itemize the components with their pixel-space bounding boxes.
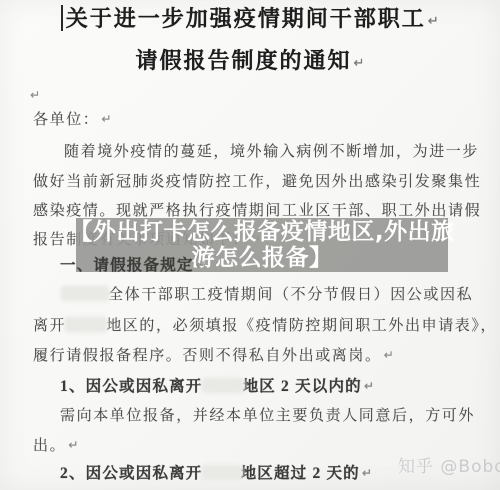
document-title-line-2: 请假报告制度的通知↵ xyxy=(0,44,500,75)
caption-overlay-line-2: 游怎么报备】 xyxy=(192,245,333,271)
zhihu-watermark: 知乎 @Bobo xyxy=(398,452,500,477)
line-text: 出。 xyxy=(33,438,66,454)
line-text: 1、因公或因私离开 xyxy=(60,378,203,395)
document-line: 1、因公或因私离开地区 2 天以内的↵ xyxy=(60,374,374,396)
paragraph-mark: ↵ xyxy=(30,88,40,102)
line-text: 地区的，必须填报《疫情防控期间职工外出申请表》， xyxy=(106,318,497,334)
title-text-2: 请假报告制度的通知 xyxy=(136,48,352,73)
document-title-line-1: 关于进一步加强疫情期间干部职工↵ xyxy=(0,2,500,33)
document-line: 各单位：↵ xyxy=(33,108,111,129)
line-text: 随着境外疫情的蔓延，境外输入病例不断增加，为进一步 xyxy=(64,144,479,160)
line-text: 离开 xyxy=(33,318,66,334)
document-line: 需向本单位报备，并经本单位主要负责人同意后，方可外 xyxy=(60,404,475,425)
document-line: 2、因公或因私离开地区超过 2 天的↵ xyxy=(60,461,372,483)
redaction-blur xyxy=(66,318,106,331)
line-text: 一、请假报备规定 xyxy=(60,257,194,274)
redaction-blur xyxy=(203,466,241,479)
line-text: 地区超过 2 天的 xyxy=(241,465,360,482)
document-line: 履行请假报备程序。否则不得私自外出或离岗。↵ xyxy=(33,344,394,365)
document-line: 全体干部职工疫情期间（不分节假日）因公或因私 xyxy=(62,283,473,304)
document-photo: 关于进一步加强疫情期间干部职工↵ 请假报告制度的通知↵ ↵各单位：↵随着境外疫情… xyxy=(0,0,500,490)
caption-overlay-line-1: 【外出打卡怎么报备疫情地区,外出旅 xyxy=(69,219,454,245)
text-cursor xyxy=(61,5,63,31)
paragraph-mark: ↵ xyxy=(428,14,439,29)
document-line: 随着境外疫情的蔓延，境外输入病例不断增加，为进一步 xyxy=(64,140,479,161)
paragraph-mark: ↵ xyxy=(364,379,374,393)
line-text: 各单位： xyxy=(33,112,99,128)
paragraph-mark: ↵ xyxy=(384,348,394,362)
document-line: ↵ xyxy=(28,88,40,105)
document-line: 一、请假报备规定↵ xyxy=(60,253,206,275)
paragraph-mark: ↵ xyxy=(354,56,365,71)
paragraph-mark: ↵ xyxy=(362,466,372,480)
redaction-blur xyxy=(203,379,243,392)
line-text: 感染疫情。现就严格执行疫情期间工业区干部、职工外出请假 xyxy=(33,203,481,219)
document-line: 出。↵ xyxy=(33,434,78,455)
paragraph-mark: ↵ xyxy=(68,438,78,452)
document-line: 感染疫情。现就严格执行疫情期间工业区干部、职工外出请假 xyxy=(33,199,481,220)
line-text: 2、因公或因私离开 xyxy=(60,465,203,482)
line-text: 做好当前新冠肺炎疫情防控工作，避免因外出感染引发聚集性 xyxy=(33,174,481,190)
line-text: 地区 2 天以内的 xyxy=(243,378,362,395)
title-text-1: 关于进一步加强疫情期间干部职工 xyxy=(66,6,426,31)
document-line: 做好当前新冠肺炎疫情防控工作，避免因外出感染引发聚集性 xyxy=(33,170,481,191)
paragraph-mark: ↵ xyxy=(101,112,111,126)
document-line: 离开地区的，必须填报《疫情防控期间职工外出申请表》， xyxy=(33,314,497,335)
line-text: 需向本单位报备，并经本单位主要负责人同意后，方可外 xyxy=(60,408,475,424)
paragraph-mark: ↵ xyxy=(196,258,206,272)
redaction-blur xyxy=(62,287,108,300)
line-text: 履行请假报备程序。否则不得私自外出或离岗。 xyxy=(33,348,382,364)
line-text: 全体干部职工疫情期间（不分节假日）因公或因私 xyxy=(108,287,473,303)
